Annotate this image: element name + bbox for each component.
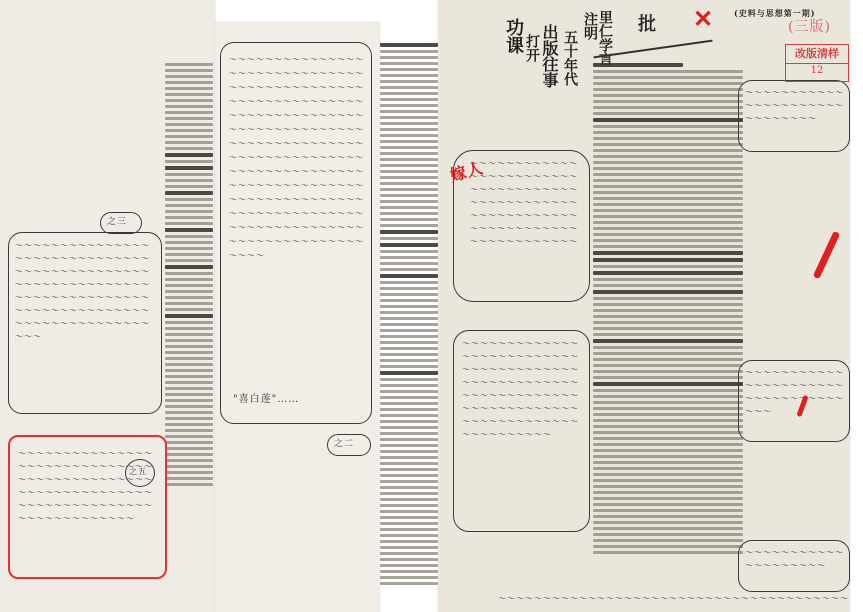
- printed-column: [380, 40, 438, 588]
- handwritten-text: ～～～～～～～～～～～～～～～～～～～～～～～～～～～～～～～～～～～～～～～～…: [470, 157, 582, 248]
- handwritten-text: ～～～～～～～～～～～～～～～～～～～～～～～～～～～～～～～～～～～～: [745, 366, 845, 418]
- red-slash-mark: [813, 231, 840, 279]
- stamp-label: 改版清样: [786, 45, 848, 63]
- bottom-line-handwriting: ～～～～～～～～～～～～～～～～～～～～～～～～～～～～～～～～～～～～～～～～…: [498, 592, 848, 606]
- annotation-block-margin: ～～～～～～～～～～～～～～～～～～～～～～～～～～～～～～～～～～～～: [738, 360, 850, 442]
- annotation-block-margin: ～～～～～～～～～～～～～～～～～～～～～～～～～～～～～～: [738, 80, 850, 152]
- handwritten-text: ～～～～～～～～～～～～～～～～～～～～: [745, 546, 845, 572]
- edition-note: (三版): [788, 20, 831, 34]
- handwritten-title: 注明: [580, 12, 600, 40]
- bubble-label-text: 之三: [107, 215, 127, 229]
- proof-sheet-right: 里仁学言 注明 五十年代 出版往事 打开 功课 批 嫁人 ～～～～～～～～～～～…: [438, 0, 850, 612]
- annotation-block-middle: ～～～～～～～～～～～～～～～～～～～～～～～～～～～～～～～～～～～～～～～～…: [220, 42, 372, 424]
- annotation-bubble-label: 之五: [125, 459, 155, 487]
- closing-text: "喜白莲"……: [233, 393, 299, 407]
- printed-column: [593, 60, 743, 557]
- proof-sheet-middle: ～～～～～～～～～～～～～～～～～～～～～～～～～～～～～～～～～～～～～～～～…: [215, 22, 380, 612]
- handwritten-text: ～～～～～～～～～～～～～～～～～～～～～～～～～～～～～～: [745, 86, 845, 125]
- proof-sheet-left: 之三 ～～～～～～～～～～～～～～～～～～～～～～～～～～～～～～～～～～～～～…: [0, 0, 215, 612]
- handwritten-title: 功课: [500, 18, 526, 54]
- handwritten-text: ～～～～～～～～～～～～～～～～～～～～～～～～～～～～～～～～～～～～～～～～…: [229, 53, 365, 263]
- annotation-block-margin: ～～～～～～～～～～～～～～～～～～～～: [738, 540, 850, 592]
- annotation-bubble-label: 之二: [327, 434, 371, 456]
- red-strike-mark: ✕: [693, 12, 714, 26]
- annotation-block-right-center: 嫁人 ～～～～～～～～～～～～～～～～～～～～～～～～～～～～～～～～～～～～～…: [453, 150, 590, 302]
- printed-column: [165, 60, 213, 489]
- revised-proof-stamp: 改版清样 12: [785, 44, 849, 82]
- handwritten-text: ～～～～～～～～～～～～～～～～～～～～～～～～～～～～～～～～～～～～～～～～…: [15, 239, 155, 343]
- header-note: (史料与思想第一期): [734, 6, 816, 20]
- red-bordered-annotation: ～～～～～～～～～～～～～～～～～～～～～～～～～～～～～～～～～～～～～～～～…: [8, 435, 167, 579]
- annotation-block-right-lower: ～～～～～～～～～～～～～～～～～～～～～～～～～～～～～～～～～～～～～～～～…: [453, 330, 590, 532]
- annotation-block-left: ～～～～～～～～～～～～～～～～～～～～～～～～～～～～～～～～～～～～～～～～…: [8, 232, 162, 414]
- handwritten-title: 五十年代: [560, 30, 580, 86]
- handwritten-text: ～～～～～～～～～～～～～～～～～～～～～～～～～～～～～～～～～～～～～～～～…: [462, 337, 582, 441]
- stamp-number: 12: [786, 63, 848, 78]
- annotation-bubble-label: 之三: [100, 212, 142, 234]
- handwritten-mark: 批: [638, 18, 657, 32]
